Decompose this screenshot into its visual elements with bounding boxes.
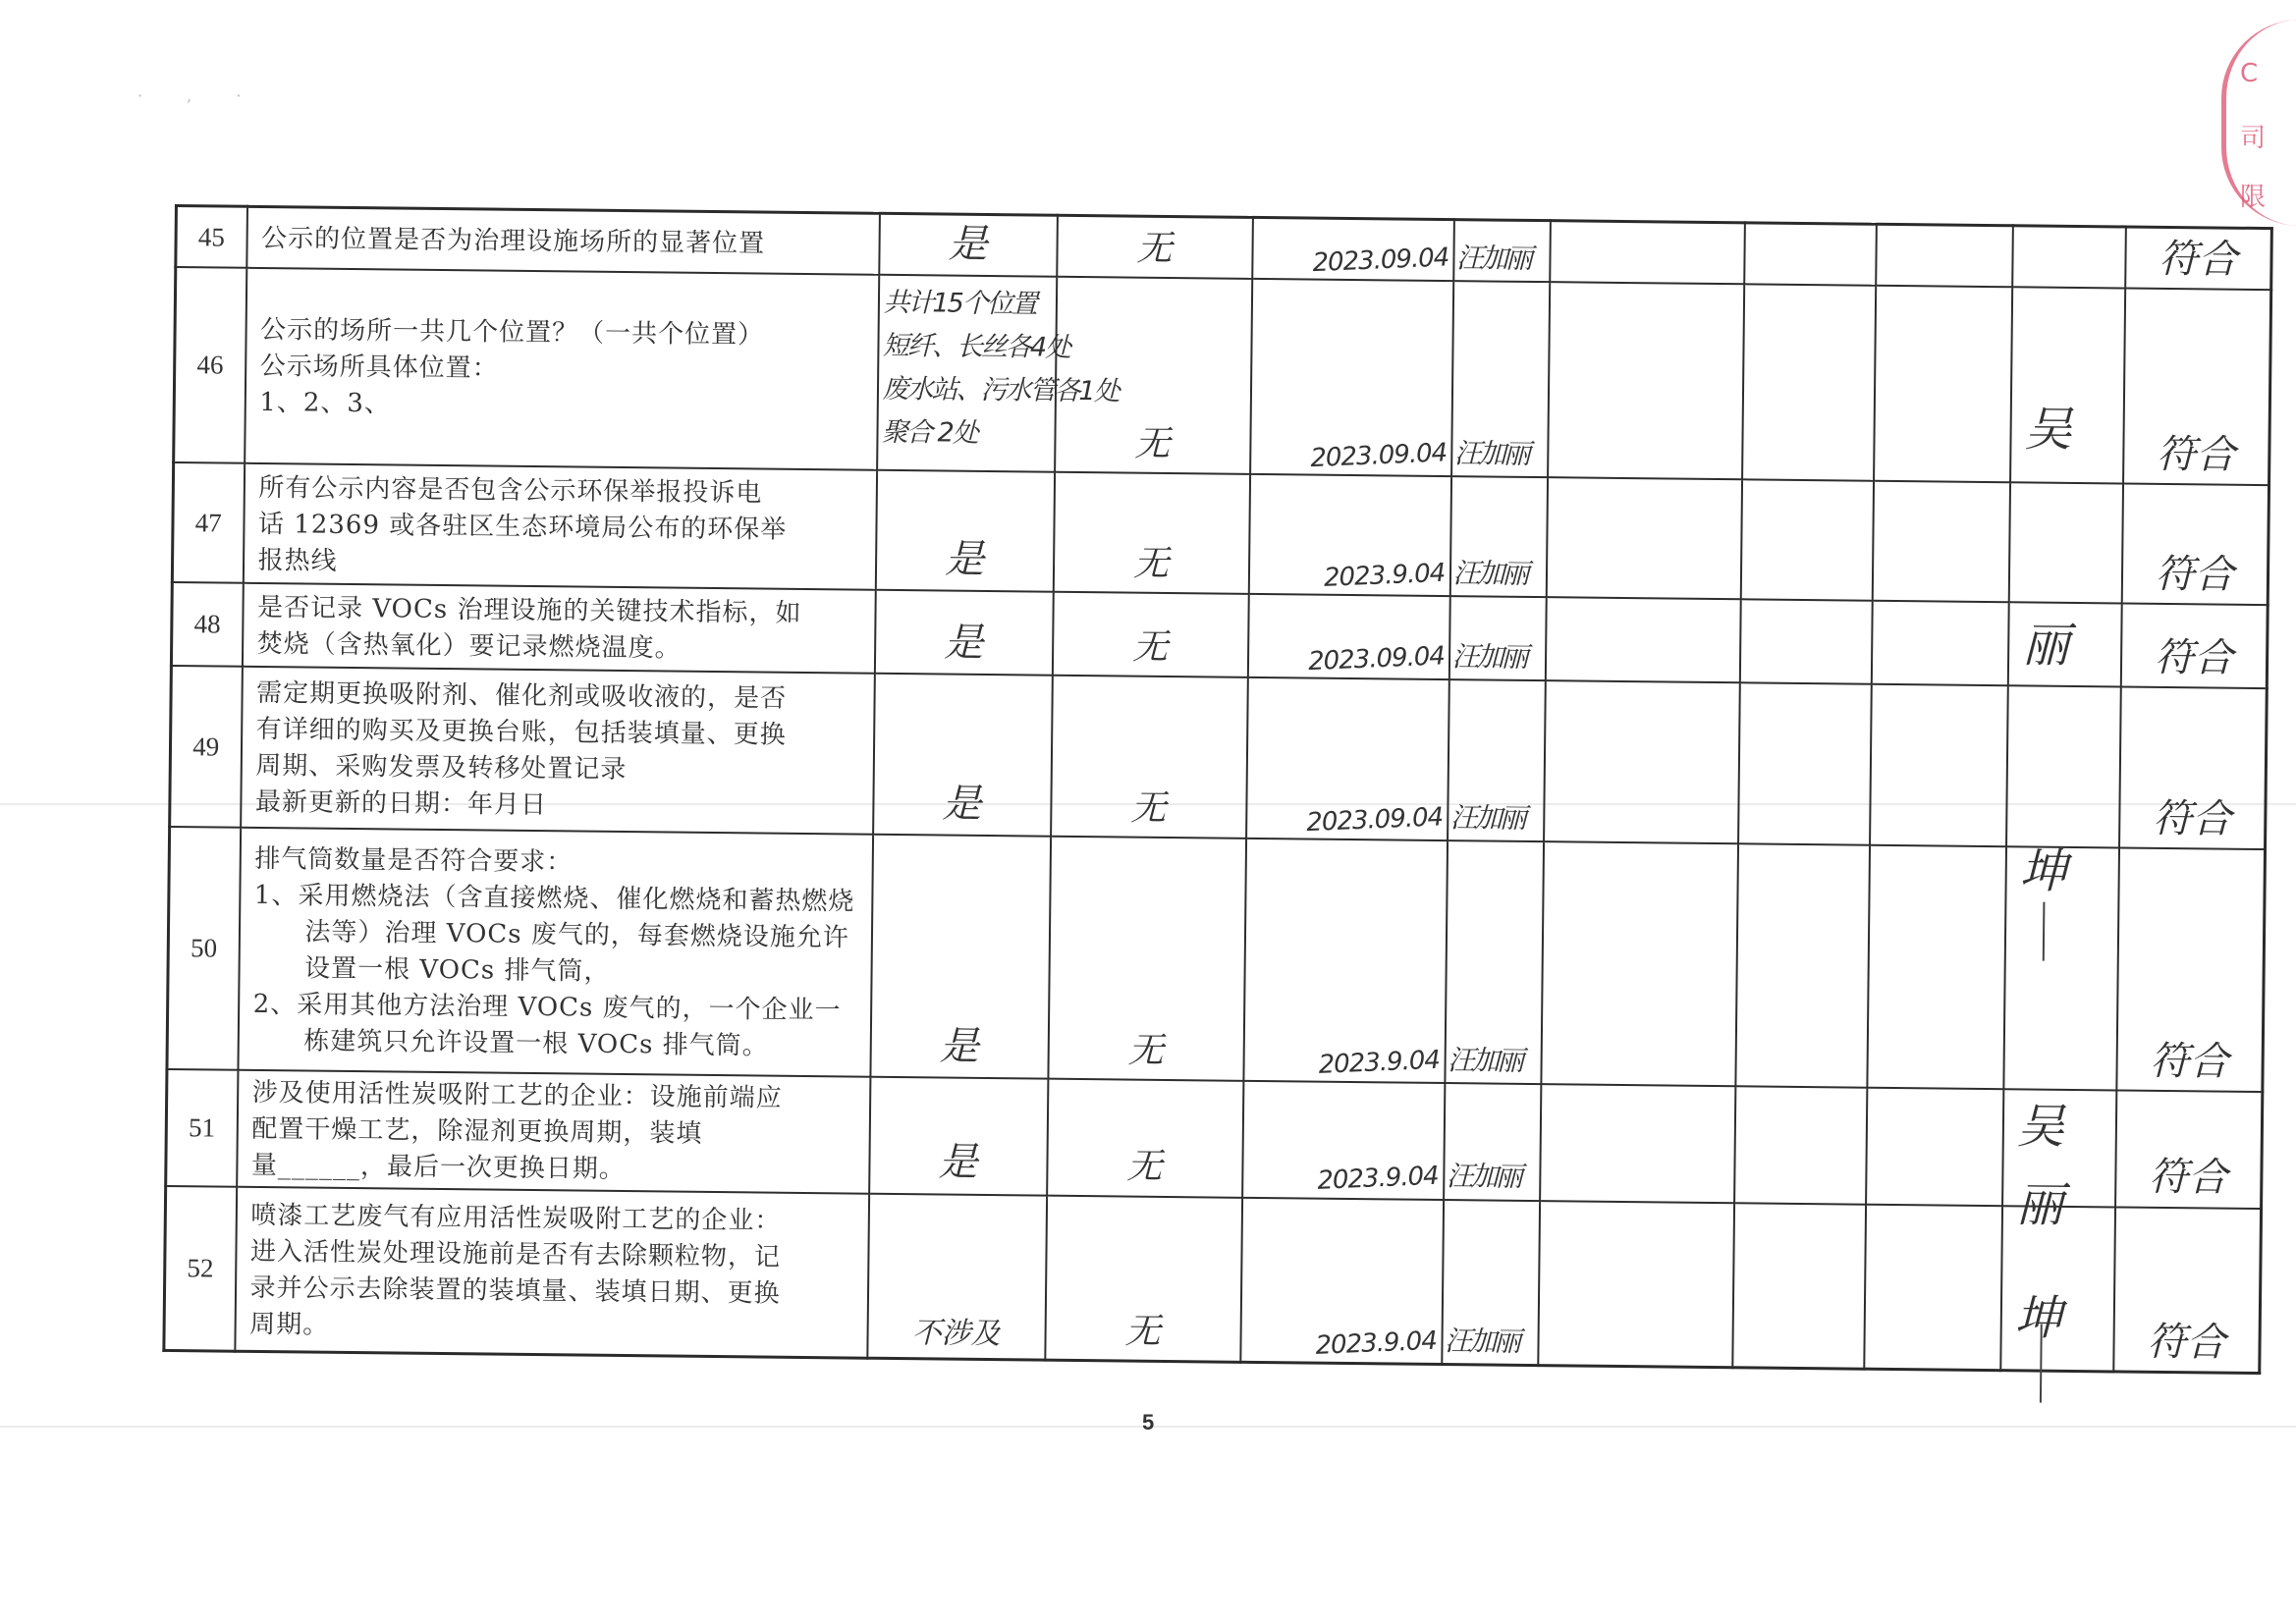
blank-cell-a <box>1545 597 1740 682</box>
blank-cell-c <box>1864 1205 2002 1371</box>
rectification-inner: 无 <box>1046 1197 1241 1361</box>
blank-cell-a <box>1540 1084 1735 1203</box>
date-cell: 2023.09.04 <box>1252 217 1454 281</box>
inspector-signature: 汪加丽 <box>1445 1320 1537 1360</box>
blank-cell-c <box>1872 481 2009 602</box>
date-inner: 2023.9.04 <box>1241 1199 1443 1363</box>
answer-cell: 是 <box>873 674 1053 837</box>
result-cell: 符合 <box>2119 686 2268 849</box>
item-line: 是否记录 VOCs 治理设施的关键技术指标，如 <box>257 589 864 632</box>
result-inner: 符合 <box>2124 290 2270 485</box>
blank-cell-b <box>1732 1203 1866 1369</box>
result-value: 符合 <box>2124 422 2269 480</box>
answer-cell: 是 <box>869 1077 1048 1196</box>
inspector-signature: 汪加丽 <box>1451 635 1544 676</box>
rectification-value: 无 <box>1048 1138 1242 1190</box>
item-number: 45 <box>176 206 247 268</box>
item-number: 49 <box>170 666 243 828</box>
result-value: 符合 <box>2120 786 2265 844</box>
stamp-char: C <box>2240 59 2258 88</box>
rectification-value: 无 <box>1053 619 1247 671</box>
result-value: 符合 <box>2117 1029 2262 1087</box>
item-line: 1、2、3、 <box>259 385 866 428</box>
inspector-inner: 汪加丽 <box>1450 477 1546 596</box>
rectification-value: 无 <box>1046 1303 1240 1355</box>
answer-value: 是 <box>876 527 1053 585</box>
result-inner: 符合 <box>2121 604 2266 687</box>
blank-cell-b <box>1738 682 1872 844</box>
date-inner: 2023.09.04 <box>1253 219 1453 280</box>
item-line: 进入活性炭处理设施前是否有去除颗粒物，记 <box>250 1233 857 1276</box>
rectification-cell: 无 <box>1057 215 1253 279</box>
answer-value: 是 <box>875 611 1052 669</box>
blank-cell-a <box>1538 1201 1734 1368</box>
reviewer-cell <box>2008 482 2122 603</box>
item-number: 48 <box>171 582 243 667</box>
result-value: 符合 <box>2116 1145 2261 1203</box>
date-cell: 2023.09.04 <box>1250 279 1453 476</box>
inspector-cell: 汪加丽 <box>1444 1083 1541 1201</box>
margin-marks: · , · <box>137 86 260 105</box>
result-cell: 符合 <box>2120 603 2268 688</box>
item-line: 录并公示去除装置的装填量、装填日期、更换 <box>249 1270 856 1313</box>
answer-value <box>878 463 1054 465</box>
answer-inner: 是 <box>875 591 1052 675</box>
inspection-checklist: 45公示的位置是否为治理设施场所的显著位置是无2023.09.04汪加丽符合46… <box>162 204 2273 1375</box>
inspector-signature: 汪加丽 <box>1452 552 1545 592</box>
answer-cell: 共计15个位置短纤、长丝各4处废水站、污水管各1处聚合 2处 <box>877 275 1057 472</box>
rectification-cell: 无 <box>1047 1079 1243 1198</box>
result-inner: 符合 <box>2126 229 2270 290</box>
rectification-cell: 无 <box>1048 837 1246 1081</box>
item-description: 公示的场所一共几个位置？（一共个位置）公示场所具体位置：1、2、3、 <box>245 268 879 470</box>
rectification-inner: 无 <box>1054 473 1248 593</box>
result-cell: 符合 <box>2123 288 2271 485</box>
inspector-inner: 汪加丽 <box>1443 1201 1539 1364</box>
inspector-cell: 汪加丽 <box>1451 281 1550 477</box>
rectification-cell: 无 <box>1051 676 1248 839</box>
result-value: 符合 <box>2114 1310 2259 1368</box>
date-cell: 2023.9.04 <box>1243 839 1448 1083</box>
signature-char: 吴 <box>2011 1088 2071 1157</box>
item-number: 51 <box>166 1069 238 1187</box>
reviewer-cell <box>2012 226 2126 289</box>
item-number: 50 <box>167 827 241 1070</box>
blank-cell-c <box>1870 684 2008 846</box>
inspector-signature: 汪加丽 <box>1454 432 1547 472</box>
answer-inner: 是 <box>876 471 1053 591</box>
inspection-date: 2023.9.04 <box>1315 1326 1437 1361</box>
item-number: 47 <box>172 462 244 583</box>
signature-char: 丽 <box>2010 1166 2070 1235</box>
date-cell: 2023.09.04 <box>1247 594 1449 679</box>
inspection-date: 2023.09.04 <box>1309 438 1447 473</box>
result-cell: 符合 <box>2115 1090 2263 1209</box>
blank-cell-b <box>1740 479 1873 600</box>
blank-cell-a <box>1550 221 1745 285</box>
result-inner: 符合 <box>2117 848 2264 1091</box>
inspection-date: 2023.09.04 <box>1307 641 1445 677</box>
rectification-value: 无 <box>1049 1022 1243 1074</box>
item-line: 喷漆工艺废气有应用活性炭吸附工艺的企业： <box>250 1197 857 1240</box>
answer-note-line: 短纤、长丝各4处 <box>883 325 1120 371</box>
inspector-inner: 汪加丽 <box>1445 1085 1540 1199</box>
checklist-row: 52喷漆工艺废气有应用活性炭吸附工艺的企业：进入活性炭处理设施前是否有去除颗粒物… <box>164 1186 2262 1374</box>
item-line: 最新更新的日期：年月日 <box>255 785 862 828</box>
stamp-char: 限 <box>2240 177 2266 213</box>
rectification-cell: 无 <box>1045 1196 1242 1363</box>
reviewer-cell <box>2006 685 2121 847</box>
item-description: 公示的位置是否为治理设施场所的显著位置 <box>246 206 880 274</box>
item-description: 排气筒数量是否符合要求：1、采用燃烧法（含直接燃烧、催化燃烧和蓄热燃烧法等）治理… <box>238 828 873 1077</box>
checklist-row: 49需定期更换吸附剂、催化剂或吸收液的，是否有详细的购买及更换台账，包括装填量、… <box>170 666 2268 849</box>
answer-inner: 不涉及 <box>868 1195 1046 1359</box>
blank-cell-b <box>1735 843 1870 1087</box>
answer-value: 不涉及 <box>868 1308 1044 1353</box>
checklist-row: 46公示的场所一共几个位置？（一共个位置）公示场所具体位置：1、2、3、共计15… <box>174 267 2271 485</box>
page-number: 5 <box>1142 1410 1154 1435</box>
rectification-value: 无 <box>1054 535 1248 587</box>
rectification-inner: 无 <box>1058 217 1252 278</box>
answer-cell: 是 <box>874 590 1053 676</box>
blank-cell-c <box>1871 601 2008 685</box>
company-seal-stamp: C 司 限 <box>2221 20 2296 226</box>
item-line: 公示的位置是否为治理设施场所的显著位置 <box>261 220 868 263</box>
date-inner: 2023.9.04 <box>1249 475 1449 595</box>
answer-inner: 是 <box>874 675 1052 836</box>
answer-value: 是 <box>871 1014 1048 1072</box>
item-line: 排气筒数量是否符合要求： <box>254 840 861 884</box>
result-value: 符合 <box>2122 542 2267 600</box>
blank-cell-c <box>1867 845 2006 1089</box>
date-inner: 2023.09.04 <box>1251 280 1452 475</box>
blank-cell-a <box>1546 477 1741 599</box>
blank-cell-b <box>1744 223 1877 286</box>
inspector-inner: 汪加丽 <box>1449 680 1545 840</box>
checklist-row: 50排气筒数量是否符合要求：1、采用燃烧法（含直接燃烧、催化燃烧和蓄热燃烧法等）… <box>167 827 2266 1092</box>
rectification-inner: 无 <box>1049 838 1245 1080</box>
result-inner: 符合 <box>2114 1208 2260 1372</box>
blank-cell-c <box>1876 224 2013 287</box>
answer-cell: 不涉及 <box>867 1194 1047 1360</box>
blank-cell-b <box>1734 1086 1867 1204</box>
signature-char: 丽 <box>2016 607 2076 676</box>
answer-cell: 是 <box>879 213 1058 276</box>
answer-value: 是 <box>870 1130 1047 1188</box>
checklist-row: 47所有公示内容是否包含公示环保举报投诉电话 12369 或各驻区生态环境局公布… <box>172 462 2269 605</box>
inspector-cell: 汪加丽 <box>1449 596 1546 680</box>
inspection-date: 2023.9.04 <box>1324 559 1446 593</box>
result-cell: 符合 <box>2125 227 2272 290</box>
item-line: 量______，最后一次更换日期。 <box>251 1148 858 1191</box>
inspector-signature: 汪加丽 <box>1447 1155 1539 1195</box>
result-inner: 符合 <box>2120 687 2266 848</box>
answer-note: 共计15个位置短纤、长丝各4处废水站、污水管各1处聚合 2处 <box>882 282 1120 458</box>
blank-cell-c <box>1866 1088 2003 1206</box>
date-inner: 2023.09.04 <box>1247 678 1449 839</box>
item-line: 所有公示内容是否包含公示环保举报投诉电 <box>258 469 865 513</box>
inspector-cell: 汪加丽 <box>1449 476 1547 597</box>
inspector-cell: 汪加丽 <box>1442 1200 1540 1366</box>
item-number: 52 <box>164 1186 237 1351</box>
item-line: 焚烧（含热氧化）要记录燃烧温度。 <box>256 625 863 669</box>
item-description: 喷漆工艺废气有应用活性炭吸附工艺的企业：进入活性炭处理设施前是否有去除颗粒物，记… <box>235 1187 869 1358</box>
inspector-inner: 汪加丽 <box>1449 597 1545 679</box>
blank-cell-a <box>1548 282 1744 479</box>
answer-cell: 是 <box>870 835 1051 1079</box>
result-value: 符合 <box>2121 625 2266 683</box>
result-inner: 符合 <box>2116 1092 2262 1207</box>
item-description: 是否记录 VOCs 治理设施的关键技术指标，如焚烧（含热氧化）要记录燃烧温度。 <box>242 583 875 674</box>
blank-cell-b <box>1739 599 1872 683</box>
date-cell: 2023.9.04 <box>1248 474 1450 596</box>
rectification-cell: 无 <box>1052 592 1248 677</box>
blank-cell-b <box>1742 284 1876 480</box>
item-description: 所有公示内容是否包含公示环保举报投诉电话 12369 或各驻区生态环境局公布的环… <box>243 463 876 590</box>
inspection-date: 2023.09.04 <box>1312 243 1449 278</box>
result-cell: 符合 <box>2121 483 2269 605</box>
date-cell: 2023.09.04 <box>1246 677 1449 840</box>
signature-char: 坤 <box>2009 1279 2069 1348</box>
item-description: 需定期更换吸附剂、催化剂或吸收液的，是否有详细的购买及更换台账，包括装填量、更换… <box>241 667 875 835</box>
inspector-signature: 汪加丽 <box>1448 1039 1540 1079</box>
blank-cell-c <box>1874 286 2012 482</box>
item-description: 涉及使用活性炭吸附工艺的企业：设施前端应配置干燥工艺，除湿剂更换周期，装填量__… <box>237 1070 870 1194</box>
stamp-char: 司 <box>2240 118 2266 154</box>
signature-char: 坤 <box>2013 833 2073 901</box>
result-value: 符合 <box>2126 228 2270 286</box>
inspector-inner: 汪加丽 <box>1446 841 1543 1083</box>
date-cell: 2023.9.04 <box>1240 1198 1444 1365</box>
answer-note-line: 聚合 2处 <box>882 411 1119 458</box>
answer-inner: 共计15个位置短纤、长丝各4处废水站、污水管各1处聚合 2处 <box>878 276 1056 471</box>
answer-note-line: 共计15个位置 <box>883 282 1120 328</box>
item-number: 46 <box>174 267 246 463</box>
inspector-inner: 汪加丽 <box>1452 282 1549 476</box>
answer-value: 是 <box>880 212 1057 270</box>
item-line: 2、采用其他方法治理 VOCs 废气的，一个企业一栋建筑只允许设置一根 VOCs… <box>252 986 860 1065</box>
rectification-value: 无 <box>1058 220 1252 272</box>
signature-char: 吴 <box>2018 391 2078 460</box>
rectification-inner: 无 <box>1052 677 1247 838</box>
result-inner: 符合 <box>2122 484 2268 604</box>
item-line: 报热线 <box>257 542 864 585</box>
result-cell: 符合 <box>2113 1207 2262 1373</box>
inspector-signature: 汪加丽 <box>1450 796 1543 837</box>
answer-inner: 是 <box>880 215 1057 276</box>
checklist-table: 45公示的位置是否为治理设施场所的显著位置是无2023.09.04汪加丽符合46… <box>162 204 2273 1375</box>
date-inner: 2023.09.04 <box>1248 595 1449 678</box>
date-inner: 2023.9.04 <box>1244 839 1447 1082</box>
answer-cell: 是 <box>875 470 1054 592</box>
rectification-cell: 无 <box>1053 472 1249 594</box>
inspector-cell: 汪加丽 <box>1448 679 1546 841</box>
item-line: 话 12369 或各驻区生态环境局公布的环保举 <box>258 506 865 549</box>
rectification-value: 无 <box>1052 780 1246 832</box>
signature-stroke <box>2040 1325 2043 1403</box>
item-line: 1、采用燃烧法（含直接燃烧、催化燃烧和蓄热燃烧法等）治理 VOCs 废气的，每套… <box>253 877 861 993</box>
checklist-row: 51涉及使用活性炭吸附工艺的企业：设施前端应配置干燥工艺，除湿剂更换周期，装填量… <box>166 1069 2263 1209</box>
scanned-page: · , · C 司 限 45公示的位置是否为治理设施场所的显著位置是无2023.… <box>0 0 2296 1624</box>
inspection-date: 2023.9.04 <box>1318 1046 1440 1080</box>
answer-value: 是 <box>874 772 1051 830</box>
answer-inner: 是 <box>870 1079 1047 1194</box>
item-line: 周期。 <box>249 1306 856 1349</box>
blank-cell-a <box>1541 841 1738 1086</box>
inspector-signature: 汪加丽 <box>1456 237 1549 277</box>
date-cell: 2023.9.04 <box>1242 1081 1445 1200</box>
blank-cell-a <box>1544 680 1740 843</box>
rectification-inner: 无 <box>1048 1081 1242 1196</box>
inspector-cell: 汪加丽 <box>1445 840 1544 1084</box>
date-inner: 2023.9.04 <box>1243 1083 1444 1198</box>
inspection-date: 2023.9.04 <box>1317 1162 1439 1196</box>
inspector-cell: 汪加丽 <box>1453 220 1551 283</box>
inspector-inner: 汪加丽 <box>1454 221 1550 281</box>
inspection-date: 2023.09.04 <box>1305 802 1443 838</box>
result-cell: 符合 <box>2116 847 2266 1092</box>
answer-note-line: 废水站、污水管各1处 <box>882 368 1119 414</box>
answer-inner: 是 <box>871 836 1050 1078</box>
rectification-inner: 无 <box>1053 593 1247 677</box>
